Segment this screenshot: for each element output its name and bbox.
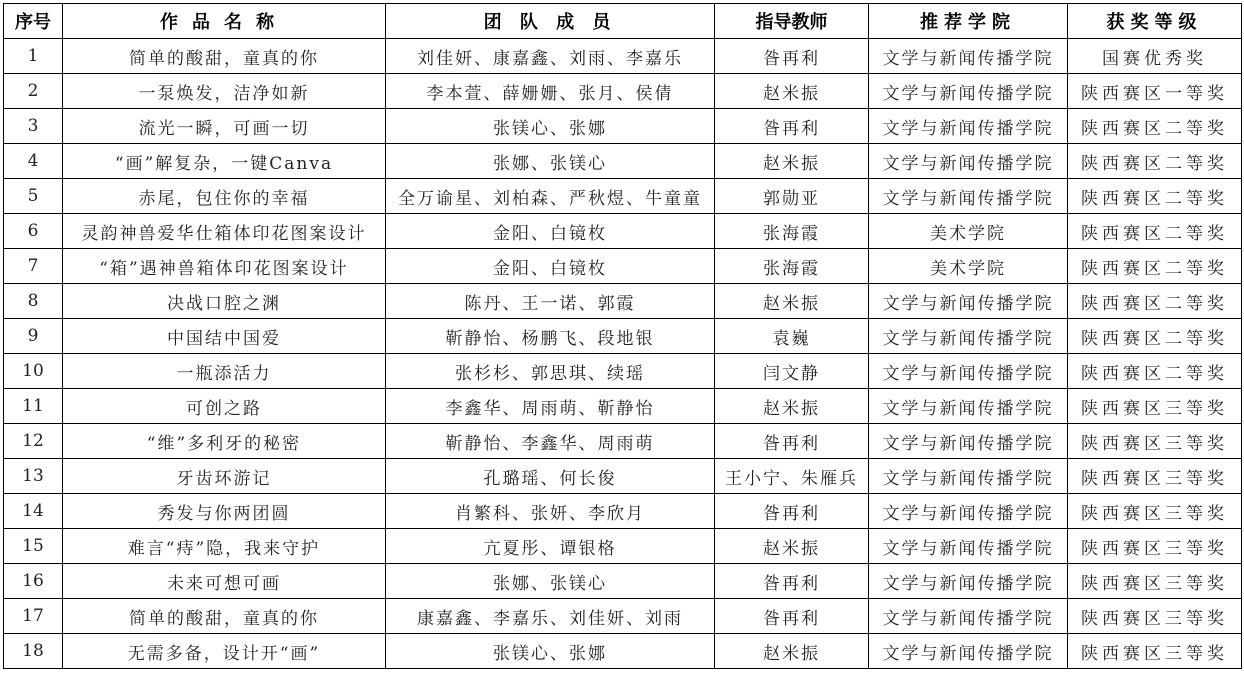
header-advisor: 指导教师	[715, 4, 869, 39]
table-row: 8决战口腔之渊陈丹、王一诺、郭霞赵米振文学与新闻传播学院陕西赛区二等奖	[4, 284, 1242, 319]
cell-title: “箱”遇神兽箱体印花图案设计	[63, 249, 386, 284]
cell-college: 文学与新闻传播学院	[869, 179, 1068, 214]
cell-title: 难言“痔”隐，我来守护	[63, 529, 386, 564]
cell-index: 1	[4, 39, 63, 74]
cell-members: 陈丹、王一诺、郭霞	[386, 284, 715, 319]
table-row: 1简单的酸甜，童真的你刘佳妍、康嘉鑫、刘雨、李嘉乐昝再利文学与新闻传播学院国赛优…	[4, 39, 1242, 74]
cell-index: 14	[4, 494, 63, 529]
table-row: 11可创之路李鑫华、周雨萌、靳静怡赵米振文学与新闻传播学院陕西赛区三等奖	[4, 389, 1242, 424]
cell-advisor: 昝再利	[715, 424, 869, 459]
header-index: 序号	[4, 4, 63, 39]
cell-college: 文学与新闻传播学院	[869, 144, 1068, 179]
cell-advisor: 张海霞	[715, 249, 869, 284]
cell-title: 中国结中国爱	[63, 319, 386, 354]
cell-members: 肖繁科、张妍、李欣月	[386, 494, 715, 529]
cell-award: 陕西赛区三等奖	[1068, 459, 1242, 494]
cell-members: 张娜、张镁心	[386, 564, 715, 599]
cell-index: 17	[4, 599, 63, 634]
cell-college: 文学与新闻传播学院	[869, 529, 1068, 564]
table-row: 14秀发与你两团圆肖繁科、张妍、李欣月昝再利文学与新闻传播学院陕西赛区三等奖	[4, 494, 1242, 529]
table-row: 17简单的酸甜，童真的你康嘉鑫、李嘉乐、刘佳妍、刘雨昝再利文学与新闻传播学院陕西…	[4, 599, 1242, 634]
cell-award: 陕西赛区三等奖	[1068, 424, 1242, 459]
cell-college: 文学与新闻传播学院	[869, 284, 1068, 319]
cell-college: 文学与新闻传播学院	[869, 39, 1068, 74]
table-row: 2一泵焕发，洁净如新李本萱、薛姗姗、张月、侯倩赵米振文学与新闻传播学院陕西赛区一…	[4, 74, 1242, 109]
cell-advisor: 赵米振	[715, 389, 869, 424]
cell-award: 陕西赛区二等奖	[1068, 249, 1242, 284]
table-header-row: 序号 作品名称 团 队 成 员 指导教师 推荐学院 获奖等级	[4, 4, 1242, 39]
cell-title: 可创之路	[63, 389, 386, 424]
cell-title: 一瓶添活力	[63, 354, 386, 389]
cell-advisor: 闫文静	[715, 354, 869, 389]
awards-table: 序号 作品名称 团 队 成 员 指导教师 推荐学院 获奖等级 1简单的酸甜，童真…	[3, 3, 1242, 669]
table-row: 12“维”多利牙的秘密靳静怡、李鑫华、周雨萌昝再利文学与新闻传播学院陕西赛区三等…	[4, 424, 1242, 459]
cell-index: 7	[4, 249, 63, 284]
cell-award: 陕西赛区三等奖	[1068, 599, 1242, 634]
cell-advisor: 昝再利	[715, 494, 869, 529]
cell-title: 未来可想可画	[63, 564, 386, 599]
cell-index: 8	[4, 284, 63, 319]
cell-members: 康嘉鑫、李嘉乐、刘佳妍、刘雨	[386, 599, 715, 634]
table-row: 15难言“痔”隐，我来守护亢夏彤、谭银格赵米振文学与新闻传播学院陕西赛区三等奖	[4, 529, 1242, 564]
cell-members: 靳静怡、杨鹏飞、段地银	[386, 319, 715, 354]
cell-members: 张娜、张镁心	[386, 144, 715, 179]
cell-college: 文学与新闻传播学院	[869, 109, 1068, 144]
table-row: 7“箱”遇神兽箱体印花图案设计金阳、白镜枚张海霞美术学院陕西赛区二等奖	[4, 249, 1242, 284]
header-title: 作品名称	[63, 4, 386, 39]
cell-advisor: 张海霞	[715, 214, 869, 249]
cell-title: 流光一瞬，可画一切	[63, 109, 386, 144]
cell-index: 6	[4, 214, 63, 249]
table-row: 4“画”解复杂，一键Canva张娜、张镁心赵米振文学与新闻传播学院陕西赛区二等奖	[4, 144, 1242, 179]
cell-index: 13	[4, 459, 63, 494]
cell-title: 灵韵神兽爱华仕箱体印花图案设计	[63, 214, 386, 249]
cell-index: 16	[4, 564, 63, 599]
cell-members: 孔璐瑶、何长俊	[386, 459, 715, 494]
cell-index: 18	[4, 634, 63, 669]
cell-advisor: 袁巍	[715, 319, 869, 354]
cell-index: 12	[4, 424, 63, 459]
cell-award: 陕西赛区二等奖	[1068, 319, 1242, 354]
cell-title: 秀发与你两团圆	[63, 494, 386, 529]
cell-advisor: 昝再利	[715, 39, 869, 74]
cell-college: 文学与新闻传播学院	[869, 389, 1068, 424]
cell-advisor: 昝再利	[715, 109, 869, 144]
cell-college: 文学与新闻传播学院	[869, 599, 1068, 634]
header-members: 团 队 成 员	[386, 4, 715, 39]
cell-award: 陕西赛区二等奖	[1068, 109, 1242, 144]
cell-title: 赤尾，包住你的幸福	[63, 179, 386, 214]
cell-title: 一泵焕发，洁净如新	[63, 74, 386, 109]
cell-college: 文学与新闻传播学院	[869, 494, 1068, 529]
cell-members: 张镁心、张娜	[386, 109, 715, 144]
cell-advisor: 赵米振	[715, 634, 869, 669]
cell-college: 文学与新闻传播学院	[869, 459, 1068, 494]
cell-college: 文学与新闻传播学院	[869, 74, 1068, 109]
cell-advisor: 赵米振	[715, 529, 869, 564]
cell-award: 陕西赛区二等奖	[1068, 214, 1242, 249]
cell-award: 陕西赛区二等奖	[1068, 179, 1242, 214]
cell-members: 靳静怡、李鑫华、周雨萌	[386, 424, 715, 459]
table-row: 10一瓶添活力张杉杉、郭思琪、续瑶闫文静文学与新闻传播学院陕西赛区二等奖	[4, 354, 1242, 389]
cell-advisor: 郭勋亚	[715, 179, 869, 214]
cell-title: 简单的酸甜，童真的你	[63, 39, 386, 74]
cell-award: 国赛优秀奖	[1068, 39, 1242, 74]
cell-award: 陕西赛区二等奖	[1068, 354, 1242, 389]
cell-advisor: 赵米振	[715, 74, 869, 109]
cell-college: 文学与新闻传播学院	[869, 424, 1068, 459]
cell-index: 5	[4, 179, 63, 214]
header-college: 推荐学院	[869, 4, 1068, 39]
cell-members: 金阳、白镜枚	[386, 214, 715, 249]
cell-title: 无需多备，设计开“画”	[63, 634, 386, 669]
cell-index: 9	[4, 319, 63, 354]
cell-award: 陕西赛区一等奖	[1068, 74, 1242, 109]
cell-college: 文学与新闻传播学院	[869, 634, 1068, 669]
table-row: 6灵韵神兽爱华仕箱体印花图案设计金阳、白镜枚张海霞美术学院陕西赛区二等奖	[4, 214, 1242, 249]
cell-index: 11	[4, 389, 63, 424]
cell-award: 陕西赛区三等奖	[1068, 529, 1242, 564]
cell-title: 牙齿环游记	[63, 459, 386, 494]
cell-index: 4	[4, 144, 63, 179]
cell-members: 李本萱、薛姗姗、张月、侯倩	[386, 74, 715, 109]
header-award: 获奖等级	[1068, 4, 1242, 39]
table-row: 13牙齿环游记孔璐瑶、何长俊王小宁、朱雁兵文学与新闻传播学院陕西赛区三等奖	[4, 459, 1242, 494]
cell-college: 美术学院	[869, 214, 1068, 249]
cell-index: 3	[4, 109, 63, 144]
cell-college: 文学与新闻传播学院	[869, 354, 1068, 389]
table-body: 1简单的酸甜，童真的你刘佳妍、康嘉鑫、刘雨、李嘉乐昝再利文学与新闻传播学院国赛优…	[4, 39, 1242, 669]
cell-members: 亢夏彤、谭银格	[386, 529, 715, 564]
cell-title: 简单的酸甜，童真的你	[63, 599, 386, 634]
cell-members: 张杉杉、郭思琪、续瑶	[386, 354, 715, 389]
cell-index: 2	[4, 74, 63, 109]
cell-members: 刘佳妍、康嘉鑫、刘雨、李嘉乐	[386, 39, 715, 74]
cell-index: 15	[4, 529, 63, 564]
table-row: 5赤尾，包住你的幸福全万谕星、刘柏森、严秋煜、牛童童郭勋亚文学与新闻传播学院陕西…	[4, 179, 1242, 214]
cell-award: 陕西赛区二等奖	[1068, 144, 1242, 179]
cell-advisor: 王小宁、朱雁兵	[715, 459, 869, 494]
cell-advisor: 昝再利	[715, 564, 869, 599]
cell-title: “画”解复杂，一键Canva	[63, 144, 386, 179]
cell-award: 陕西赛区三等奖	[1068, 564, 1242, 599]
cell-college: 美术学院	[869, 249, 1068, 284]
cell-members: 全万谕星、刘柏森、严秋煜、牛童童	[386, 179, 715, 214]
cell-award: 陕西赛区三等奖	[1068, 634, 1242, 669]
table-row: 18无需多备，设计开“画”张镁心、张娜赵米振文学与新闻传播学院陕西赛区三等奖	[4, 634, 1242, 669]
cell-title: 决战口腔之渊	[63, 284, 386, 319]
cell-award: 陕西赛区三等奖	[1068, 494, 1242, 529]
table-row: 9中国结中国爱靳静怡、杨鹏飞、段地银袁巍文学与新闻传播学院陕西赛区二等奖	[4, 319, 1242, 354]
cell-award: 陕西赛区二等奖	[1068, 284, 1242, 319]
cell-college: 文学与新闻传播学院	[869, 319, 1068, 354]
table-row: 3流光一瞬，可画一切张镁心、张娜昝再利文学与新闻传播学院陕西赛区二等奖	[4, 109, 1242, 144]
cell-college: 文学与新闻传播学院	[869, 564, 1068, 599]
cell-title: “维”多利牙的秘密	[63, 424, 386, 459]
cell-advisor: 赵米振	[715, 144, 869, 179]
table-row: 16未来可想可画张娜、张镁心昝再利文学与新闻传播学院陕西赛区三等奖	[4, 564, 1242, 599]
cell-members: 张镁心、张娜	[386, 634, 715, 669]
cell-advisor: 赵米振	[715, 284, 869, 319]
cell-members: 李鑫华、周雨萌、靳静怡	[386, 389, 715, 424]
cell-members: 金阳、白镜枚	[386, 249, 715, 284]
cell-award: 陕西赛区三等奖	[1068, 389, 1242, 424]
cell-advisor: 昝再利	[715, 599, 869, 634]
cell-index: 10	[4, 354, 63, 389]
